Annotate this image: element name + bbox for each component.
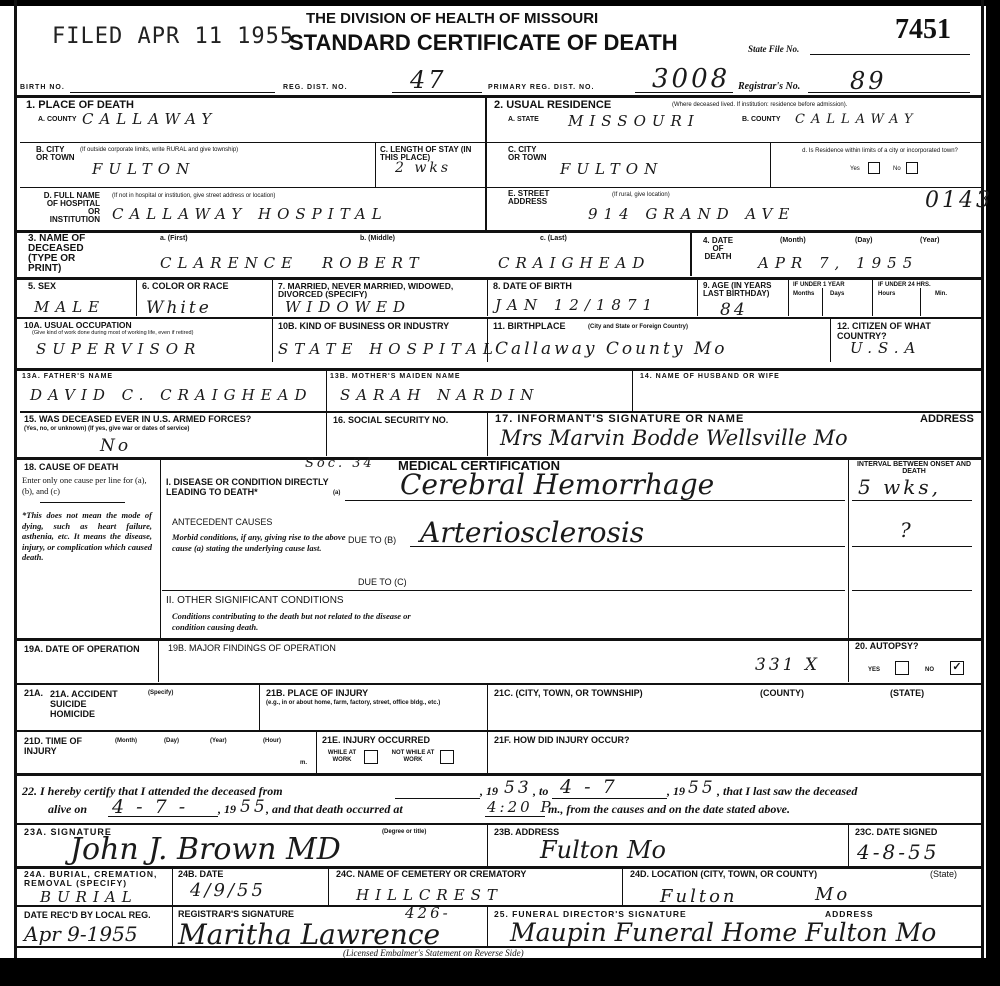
page-title: STANDARD CERTIFICATE OF DEATH: [289, 30, 678, 56]
part1-label: I. DISEASE OR CONDITION DIRECTLY LEADING…: [166, 477, 336, 497]
armed-forces-note: (Yes, no, or unknown) (If yes, give war …: [24, 426, 189, 433]
scan-border-right: [986, 0, 1000, 986]
injury-year-label: (Year): [210, 738, 227, 745]
death-day-label: (Day): [855, 237, 873, 245]
attended-from-year: 53: [504, 778, 532, 798]
operation-findings-label: 19b. MAJOR FINDINGS OF OPERATION: [168, 644, 336, 652]
within-limits-yes-label: Yes: [850, 166, 860, 173]
residence-county-label: b. COUNTY: [742, 116, 781, 124]
middle-name-value: Robert: [322, 254, 425, 272]
antecedent-note: Morbid conditions, if any, giving rise t…: [172, 532, 347, 553]
residence-state-value: Missouri: [568, 112, 700, 130]
within-limits-no-label: No: [893, 166, 901, 173]
antecedent-label: ANTECEDENT CAUSES: [172, 518, 272, 526]
part2-note: Conditions contributing to the death but…: [172, 611, 422, 632]
first-name-value: Clarence: [160, 254, 298, 272]
degree-label: (Degree or title): [382, 829, 426, 836]
state-file-label: State File No.: [748, 44, 799, 54]
funeral-director-label: 25. FUNERAL DIRECTOR'S SIGNATURE: [494, 910, 687, 918]
place-of-injury-label: 21b. PLACE OF INJURY: [266, 689, 368, 697]
burial-type-value: Burial: [40, 888, 138, 906]
burial-location-label: 24d. LOCATION (City, town, or county): [630, 870, 817, 878]
within-limits-no-checkbox[interactable]: [906, 162, 918, 174]
hospital-label: d. FULL NAME OF HOSPITAL OR INSTITUTION: [38, 192, 100, 224]
death-city-value: FULTON: [92, 160, 195, 178]
residence-state-label: a. STATE: [508, 116, 539, 124]
under-24-hours-label: IF UNDER 24 HRS.: [878, 282, 931, 289]
birthplace-note: (City and State or Foreign Country): [588, 324, 688, 331]
physician-address-value: Fulton Mo: [540, 836, 666, 864]
burial-location-state-value: Mo: [815, 884, 850, 905]
autopsy-no-checkbox-checked[interactable]: ✓: [950, 661, 964, 675]
burial-type-label: 24a. BURIAL, CREMATION, REMOVAL (Specify…: [24, 870, 164, 888]
death-year-label: (Year): [920, 237, 939, 245]
registrar-no-label: Registrar's No.: [738, 82, 800, 92]
attended-to-date: 4 - 7: [560, 776, 618, 798]
birth-no-label: BIRTH NO.: [20, 84, 65, 92]
alive-on-year: 55: [240, 797, 268, 817]
burial-location-state-label: (State): [930, 870, 957, 878]
death-month-label: (Month): [780, 237, 806, 245]
reg-dist-value: 47: [410, 66, 447, 94]
not-while-at-work-label: NOT WHILE AT WORK: [388, 750, 438, 764]
how-injury-label: 21f. HOW DID INJURY OCCUR?: [494, 736, 630, 744]
marital-value: Widowed: [285, 298, 411, 316]
reg-dist-label: REG. DIST. NO.: [283, 84, 348, 92]
accident-specify-label: (Specify): [148, 690, 173, 697]
first-name-label: a. (First): [160, 235, 188, 243]
death-county-value: Callaway: [82, 110, 217, 128]
hospital-value: Callaway Hospital: [112, 205, 388, 223]
agency-title: THE DIVISION OF HEALTH OF MISSOURI: [306, 10, 598, 27]
date-signed-value: 4-8-55: [857, 840, 939, 864]
armed-forces-label: 15. WAS DECEASED EVER IN U.S. ARMED FORC…: [24, 415, 251, 423]
date-received-label: DATE REC'D BY LOCAL REG.: [24, 910, 164, 920]
cause-b-label: DUE TO (b): [348, 536, 396, 544]
last-name-label: c. (Last): [540, 235, 567, 243]
footer-note: (Licensed Embalmer's Statement on Revers…: [343, 948, 524, 959]
registrar-signature-label: REGISTRAR'S SIGNATURE: [178, 910, 294, 918]
age-label: 9. AGE (In years last birthday): [703, 282, 785, 298]
injury-state-label: (STATE): [890, 689, 924, 697]
business-label: 10b. KIND OF BUSINESS OR INDUSTRY: [278, 321, 483, 331]
residence-margin-code: 0143: [925, 188, 993, 213]
citizen-value: U.S.A: [850, 339, 921, 357]
certification-line-1: 22. I hereby certify that I attended the…: [22, 786, 283, 797]
while-at-work-label: WHILE AT WORK: [322, 750, 362, 764]
deceased-name-label: 3. NAME OF DECEASED (Type or Print): [28, 234, 108, 274]
informant-label: 17. INFORMANT'S SIGNATURE OR NAME: [495, 414, 744, 424]
part2-label: II. OTHER SIGNIFICANT CONDITIONS: [166, 597, 344, 605]
residence-county-value: Callaway: [795, 112, 919, 127]
interval-label: INTERVAL BETWEEN ONSET AND DEATH: [850, 461, 978, 475]
cause-instruction: Enter only one cause per line for (a), (…: [22, 475, 152, 496]
last-name-value: Craighead: [498, 254, 650, 272]
cause-c-label: DUE TO (c): [358, 578, 407, 586]
birthplace-label: 11. BIRTHPLACE: [493, 322, 566, 330]
funeral-address-label: ADDRESS: [825, 910, 874, 918]
injury-day-label: (Day): [164, 738, 179, 745]
injury-county-label: (COUNTY): [760, 689, 804, 697]
filed-stamp: FILED APR 11 1955: [52, 24, 294, 49]
cemetery-value: Hillcrest: [356, 886, 503, 904]
ssn-label: 16. SOCIAL SECURITY NO.: [333, 415, 483, 425]
accident-label-prefix: 21a.: [24, 689, 43, 697]
occupation-value: Supervisor: [36, 340, 201, 358]
injury-hour-label: (Hour): [263, 738, 281, 745]
autopsy-no-label: NO: [925, 667, 934, 674]
death-county-label: a. COUNTY: [38, 116, 77, 124]
injury-month-label: (Month): [115, 738, 137, 745]
informant-address-label: ADDRESS: [920, 414, 974, 424]
occupation-note: (Give kind of work done during most of w…: [32, 330, 262, 337]
street-value: 914 Grand Ave: [588, 205, 795, 223]
place-of-death-label: 1. PLACE OF DEATH: [26, 100, 134, 110]
physician-signature: John J. Brown MD: [70, 832, 341, 867]
mother-label: 13b. MOTHER'S MAIDEN NAME: [330, 373, 461, 381]
date-received-value: Apr 9-1955: [24, 922, 138, 946]
alive-on-date: 4 - 7 -: [112, 796, 188, 818]
ssn-margin-note: Soc. 34: [305, 456, 375, 471]
dob-value: Jan 12/1871: [495, 296, 658, 314]
date-of-death-value: Apr 7, 1955: [758, 254, 918, 272]
findings-code: 331 X: [755, 655, 820, 675]
cause-a-value: Cerebral Hemorrhage: [400, 468, 714, 501]
length-of-stay-value: 2 wks: [395, 160, 451, 176]
autopsy-yes-label: YES: [868, 667, 880, 674]
middle-name-label: b. (Middle): [360, 235, 395, 243]
street-note: (If rural, give location): [612, 192, 670, 199]
injury-occurred-label: 21e. INJURY OCCURRED: [322, 736, 430, 744]
cause-of-death-label: 18. CAUSE OF DEATH: [24, 463, 118, 471]
accident-label: 21a. ACCIDENT SUICIDE HOMICIDE: [50, 689, 120, 719]
hospital-note: (If not in hospital or institution, give…: [112, 193, 275, 200]
funeral-director-signature: Maupin Funeral Home Fulton Mo: [510, 918, 936, 947]
cause-a-label: (a): [333, 490, 340, 497]
attended-to-year: 55: [688, 778, 716, 798]
scan-border-bottom: [0, 958, 1000, 986]
injury-city-label: 21c. (CITY, TOWN, OR TOWNSHIP): [494, 689, 643, 697]
race-value: White: [146, 298, 212, 318]
usual-residence-label: 2. USUAL RESIDENCE: [494, 100, 611, 110]
death-city-label: b. CITY OR TOWN: [36, 146, 76, 162]
occupation-label: 10a. USUAL OCCUPATION: [24, 321, 132, 329]
race-label: 6. COLOR OR RACE: [142, 282, 229, 290]
date-signed-label: 23c. DATE SIGNED: [855, 828, 937, 836]
street-label: e. STREET ADDRESS: [508, 190, 558, 206]
burial-date-label: 24b. DATE: [178, 870, 223, 878]
state-file-number: 7451: [895, 14, 951, 46]
marital-label: 7. MARRIED, NEVER MARRIED, WIDOWED, DIVO…: [278, 282, 483, 298]
armed-forces-value: No: [100, 436, 131, 456]
injury-m-label: m.: [300, 760, 307, 767]
primary-reg-dist-value: 3008: [652, 64, 730, 94]
cause-a-interval: 5 wks,: [858, 475, 941, 499]
months-label: Months: [793, 291, 814, 298]
death-time: 4:20 P: [487, 798, 554, 816]
cause-b-value: Arteriosclerosis: [420, 516, 644, 549]
primary-reg-dist-label: PRIMARY REG. DIST. NO.: [488, 84, 594, 92]
usual-residence-note: (Where deceased lived. If institution: r…: [672, 102, 977, 109]
autopsy-label: 20. AUTOPSY?: [855, 642, 919, 650]
within-limits-yes-checkbox[interactable]: [868, 162, 880, 174]
operation-date-label: 19a. DATE OF OPERATION: [24, 644, 154, 654]
cause-footnote: *This does not mean the mode of dying, s…: [22, 510, 152, 563]
registrar-no-value: 89: [850, 67, 887, 95]
business-value: State Hospital: [278, 340, 499, 358]
within-limits-label: d. Is Residence within limits of a city …: [790, 148, 970, 155]
spouse-label: 14. NAME OF HUSBAND OR WIFE: [640, 373, 780, 381]
burial-date-value: 4/9/55: [190, 880, 266, 901]
while-at-work-checkbox[interactable]: [364, 750, 378, 764]
father-label: 13a. FATHER'S NAME: [22, 373, 113, 381]
minutes-label: Min.: [935, 291, 947, 298]
days-label: Days: [830, 291, 844, 298]
physician-address-label: 23b. ADDRESS: [494, 828, 559, 836]
mother-value: Sarah Nardin: [340, 386, 539, 404]
sex-value: Male: [34, 298, 105, 316]
cause-b-interval: ?: [900, 518, 914, 542]
citizen-label: 12. CITIZEN OF WHAT COUNTRY?: [837, 321, 977, 341]
cemetery-label: 24c. NAME OF CEMETERY OR CREMATORY: [336, 870, 526, 878]
date-of-death-label: 4. DATE OF DEATH: [698, 237, 738, 261]
residence-city-value: FULTON: [560, 160, 663, 178]
burial-location-value: Fulton: [660, 886, 738, 907]
under-one-year-label: IF UNDER 1 YEAR: [793, 282, 845, 289]
hours-label: Hours: [878, 291, 895, 298]
not-while-at-work-checkbox[interactable]: [440, 750, 454, 764]
place-of-injury-note: (e.g., in or about home, farm, factory, …: [266, 700, 486, 707]
birthplace-value: Callaway County Mo: [495, 339, 727, 359]
injury-time-label: 21d. TIME OF INJURY: [24, 736, 84, 756]
dob-label: 8. DATE OF BIRTH: [493, 282, 572, 290]
autopsy-yes-checkbox[interactable]: [895, 661, 909, 675]
residence-city-label: c. CITY OR TOWN: [508, 146, 548, 162]
sex-label: 5. SEX: [28, 282, 56, 290]
father-value: David C. Craighead: [30, 386, 313, 404]
death-city-note: (If outside corporate limits, write RURA…: [80, 147, 370, 154]
informant-signature: Mrs Marvin Bodde Wellsville Mo: [500, 426, 848, 450]
